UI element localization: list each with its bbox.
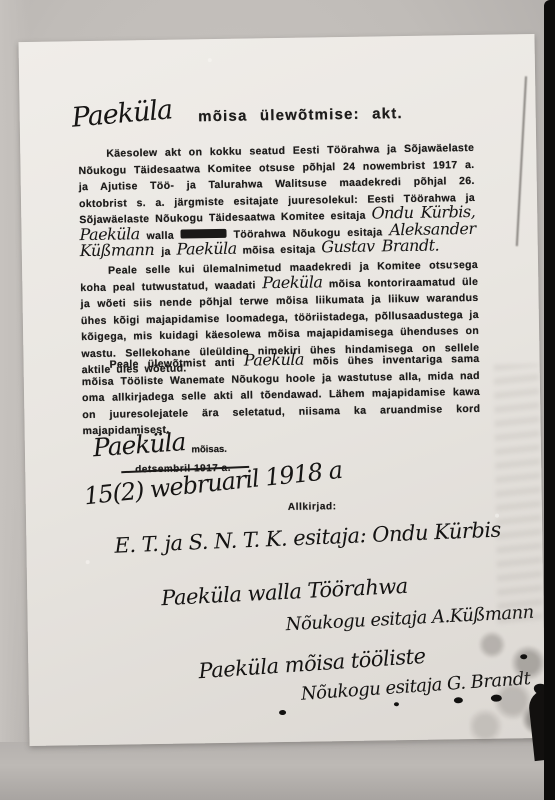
photo-bottom-shade — [0, 742, 555, 800]
paper-crease-mark — [516, 76, 527, 246]
dust-specks — [19, 42, 21, 44]
intro-paragraph: Käesolew akt on kokku seatud Eesti Tööra… — [78, 140, 476, 262]
signature-committee-representative: E. T. ja S. N. T. K. esitaja: Ondu Kürbi… — [114, 518, 501, 558]
document-sheet-surface: Paekülamõisa ülewõtmise: akt. Käesolew a… — [19, 34, 546, 746]
photo-background: Paekülamõisa ülewõtmise: akt. Käesolew a… — [0, 0, 555, 800]
date-place-estate-handwritten: Paeküla — [92, 427, 186, 462]
date-place-typed: mõisas. — [191, 444, 227, 456]
title-typed-text: mõisa ülewõtmise: akt. — [198, 105, 403, 125]
handover-paragraph: Peale ülewõtmist anti Paeküla mõis ühes … — [81, 351, 480, 440]
signature-parish-council-line1: Paeküla walla Töörahwa — [161, 574, 409, 610]
ink-blot — [279, 710, 286, 715]
film-edge-band — [544, 0, 555, 800]
date-place-line: Paekülamõisas. — [93, 429, 227, 460]
signatures-heading: Allkirjad: — [288, 501, 337, 513]
estate-name-handwritten: Paeküla — [71, 94, 174, 133]
ink-blot — [394, 702, 399, 706]
photo-damage-streak — [494, 364, 543, 625]
ink-blot — [454, 697, 463, 703]
document-title: Paekülamõisa ülewõtmise: akt. — [71, 93, 471, 130]
document-sheet: Paekülamõisa ülewõtmise: akt. Käesolew a… — [19, 34, 546, 746]
